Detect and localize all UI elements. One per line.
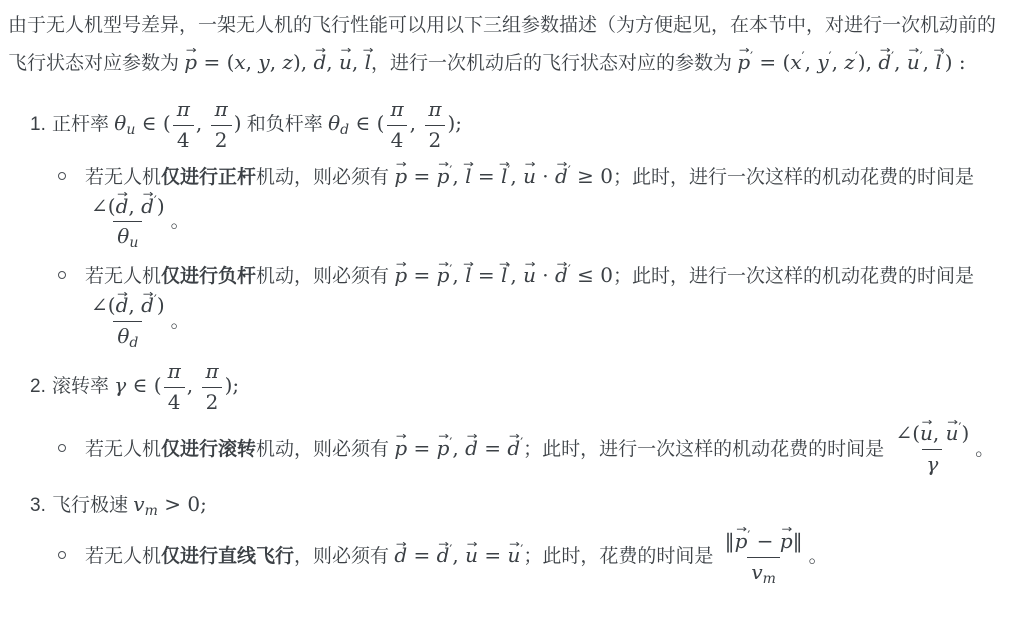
- sub-item-positive-rod-text: 若无人机仅进行正杆机动，则必须有 →p = →p′, →l = →l′, →u …: [85, 167, 974, 232]
- bullet-marker: [52, 162, 85, 194]
- list-item-rod-rates: 1.正杆率 θu ∈ (π4, π2) 和负杆率 θd ∈ (π4, π2); …: [8, 97, 1009, 350]
- list-item-roll-rate: 2.滚转率 γ ∈ (π4, π2); 若无人机仅进行滚转机动，则必须有 →p …: [8, 359, 1009, 478]
- list-item-rod-rates-text: 正杆率 θu ∈ (π4, π2) 和负杆率 θd ∈ (π4, π2);: [52, 114, 462, 135]
- list-item-max-speed: 3.飞行极速 vm > 0; 若无人机仅进行直线飞行，则必须有 →d = →d′…: [8, 487, 1009, 586]
- document-body: 由于无人机型号差异，一架无人机的飞行性能可以用以下三组参数描述（为方便起见，在本…: [0, 0, 1019, 586]
- bullet-marker: [52, 261, 85, 293]
- list-marker-2: 2.: [30, 370, 52, 404]
- list-marker-3: 3.: [30, 489, 52, 523]
- sub-item-straight-flight: 若无人机仅进行直线飞行，则必须有 →d = →d′, →u = →u′；此时，花…: [52, 529, 1009, 586]
- bullet-circle-icon: [58, 271, 66, 279]
- intro-paragraph: 由于无人机型号差异，一架无人机的飞行性能可以用以下三组参数描述（为方便起见，在本…: [8, 7, 1009, 82]
- roll-rate-sub-list: 若无人机仅进行滚转机动，则必须有 →p = →p′, →d = →d′；此时，进…: [52, 421, 1009, 478]
- max-speed-sub-list: 若无人机仅进行直线飞行，则必须有 →d = →d′, →u = →u′；此时，花…: [52, 529, 1009, 586]
- bullet-marker: [52, 541, 85, 573]
- sub-item-roll: 若无人机仅进行滚转机动，则必须有 →p = →p′, →d = →d′；此时，进…: [52, 421, 1009, 478]
- parameter-list: 1.正杆率 θu ∈ (π4, π2) 和负杆率 θd ∈ (π4, π2); …: [8, 97, 1009, 586]
- sub-item-negative-rod: 若无人机仅进行负杆机动，则必须有 →p = →p′, →l = →l′, →u …: [52, 259, 1009, 350]
- list-item-roll-rate-text: 滚转率 γ ∈ (π4, π2);: [52, 376, 239, 397]
- list-marker-1: 1.: [30, 108, 52, 142]
- bullet-marker: [52, 434, 85, 466]
- sub-item-roll-text: 若无人机仅进行滚转机动，则必须有 →p = →p′, →d = →d′；此时，进…: [85, 439, 994, 460]
- bullet-circle-icon: [58, 444, 66, 452]
- bullet-circle-icon: [58, 172, 66, 180]
- sub-item-straight-flight-text: 若无人机仅进行直线飞行，则必须有 →d = →d′, →u = →u′；此时，花…: [85, 546, 828, 567]
- sub-item-negative-rod-text: 若无人机仅进行负杆机动，则必须有 →p = →p′, →l = →l′, →u …: [85, 266, 974, 331]
- bullet-circle-icon: [58, 551, 66, 559]
- rod-rates-sub-list: 若无人机仅进行正杆机动，则必须有 →p = →p′, →l = →l′, →u …: [52, 160, 1009, 350]
- list-item-max-speed-text: 飞行极速 vm > 0;: [52, 495, 207, 516]
- sub-item-positive-rod: 若无人机仅进行正杆机动，则必须有 →p = →p′, →l = →l′, →u …: [52, 160, 1009, 251]
